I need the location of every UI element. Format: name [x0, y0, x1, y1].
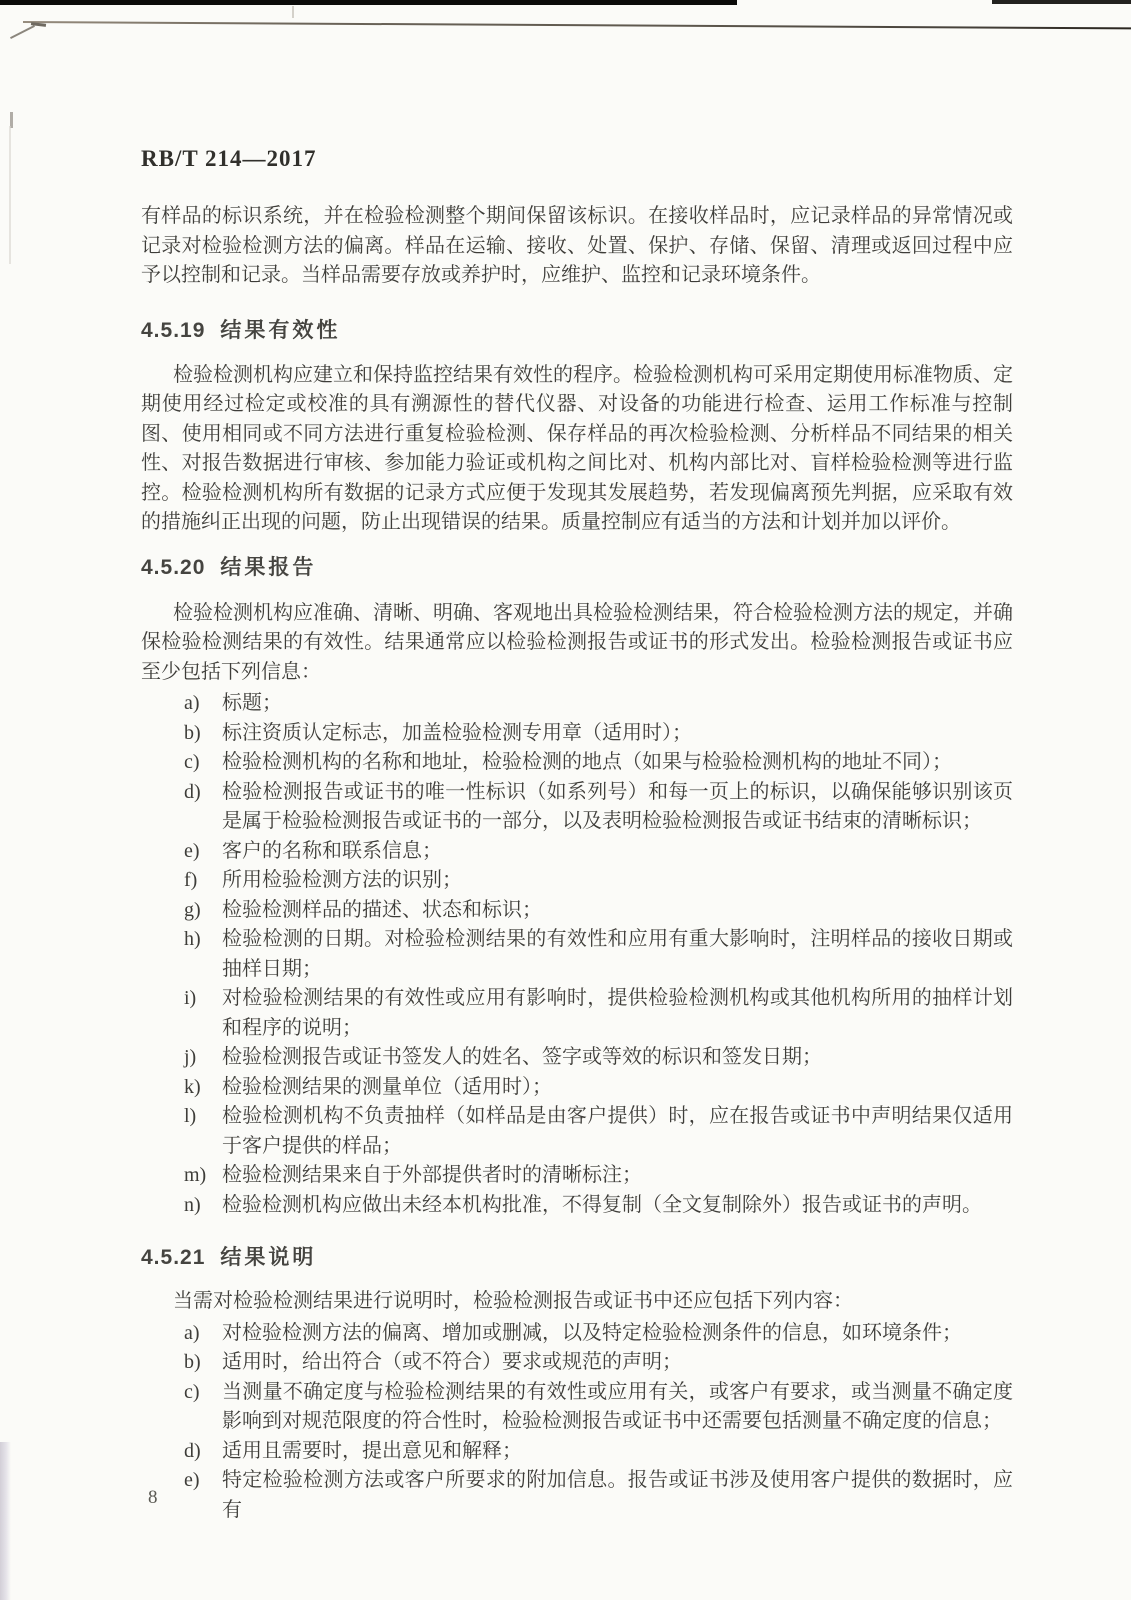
item-text: 客户的名称和联系信息；	[222, 840, 442, 862]
item-label: c)	[184, 1378, 200, 1408]
list-item: j)检验检测报告或证书签发人的姓名、签字或等效的标识和签发日期；	[141, 1043, 1013, 1073]
section-number: 4.5.21	[141, 1246, 205, 1269]
list-item: a)标题；	[141, 689, 1013, 719]
item-text: 对检验检测结果的有效性或应用有影响时，提供检验检测机构或其他机构所用的抽样计划和…	[222, 987, 1013, 1039]
page-number: 8	[148, 1487, 158, 1509]
list-item: e)客户的名称和联系信息；	[141, 837, 1013, 867]
section-title: 结果有效性	[220, 319, 340, 342]
item-label: j)	[184, 1043, 196, 1073]
section-title: 结果说明	[220, 1246, 316, 1269]
section-paragraph: 检验检测机构应建立和保持监控结果有效性的程序。检验检测机构可采用定期使用标准物质…	[141, 361, 1013, 538]
item-label: a)	[184, 1319, 200, 1349]
section-paragraph: 检验检测机构应准确、清晰、明确、客观地出具检验检测结果，符合检验检测方法的规定，…	[141, 599, 1013, 688]
list-item: g)检验检测样品的描述、状态和标识；	[141, 896, 1013, 926]
list-item: m)检验检测结果来自于外部提供者时的清晰标注；	[141, 1161, 1013, 1191]
section-number: 4.5.20	[141, 556, 205, 579]
section-paragraph: 当需对检验检测结果进行说明时，检验检测报告或证书中还应包括下列内容：	[141, 1287, 1013, 1317]
item-text: 检验检测结果的测量单位（适用时）；	[222, 1076, 552, 1098]
item-label: d)	[184, 1437, 201, 1467]
document-header: RB/T 214—2017	[141, 146, 1013, 172]
scanned-document-page: RB/T 214—2017 有样品的标识系统，并在检验检测整个期间保留该标识。在…	[0, 0, 1131, 1600]
section-heading-4520: 4.5.20结果报告	[141, 555, 1013, 581]
list-item: i)对检验检测结果的有效性或应用有影响时，提供检验检测机构或其他机构所用的抽样计…	[141, 984, 1013, 1043]
section-number: 4.5.19	[141, 319, 205, 342]
list-item: d)检验检测报告或证书的唯一性标识（如系列号）和每一页上的标识，以确保能够识别该…	[141, 778, 1013, 837]
list-item: k)检验检测结果的测量单位（适用时）；	[141, 1073, 1013, 1103]
item-text: 检验检测机构的名称和地址，检验检测的地点（如果与检验检测机构的地址不同）；	[222, 751, 952, 773]
scan-top-black-bar-right	[992, 0, 1131, 4]
item-label: c)	[184, 748, 200, 778]
list-item: b)标注资质认定标志，加盖检验检测专用章（适用时）；	[141, 719, 1013, 749]
item-label: f)	[184, 866, 197, 896]
item-text: 标题；	[222, 692, 282, 714]
item-text: 对检验检测方法的偏离、增加或删减，以及特定检验检测条件的信息，如环境条件；	[222, 1322, 962, 1344]
item-text: 检验检测报告或证书签发人的姓名、签字或等效的标识和签发日期；	[222, 1046, 822, 1068]
item-label: b)	[184, 719, 201, 749]
item-label: i)	[184, 984, 196, 1014]
item-label: a)	[184, 689, 200, 719]
continuation-paragraph: 有样品的标识系统，并在检验检测整个期间保留该标识。在接收样品时，应记录样品的异常…	[141, 202, 1013, 291]
scan-top-black-bar	[0, 0, 737, 5]
list-item: e)特定检验检测方法或客户所要求的附加信息。报告或证书涉及使用客户提供的数据时，…	[141, 1466, 1013, 1525]
item-text: 适用且需要时，提出意见和解释；	[222, 1440, 522, 1462]
item-label: d)	[184, 778, 201, 808]
item-label: k)	[184, 1073, 201, 1103]
item-text: 检验检测结果来自于外部提供者时的清晰标注；	[222, 1164, 642, 1186]
list-item: n)检验检测机构应做出未经本机构批准，不得复制（全文复制除外）报告或证书的声明。	[141, 1191, 1013, 1221]
list-item: b)适用时，给出符合（或不符合）要求或规范的声明；	[141, 1348, 1013, 1378]
list-item: a)对检验检测方法的偏离、增加或删减，以及特定检验检测条件的信息，如环境条件；	[141, 1319, 1013, 1349]
item-label: m)	[184, 1161, 206, 1191]
item-label: g)	[184, 896, 201, 926]
list-item: d)适用且需要时，提出意见和解释；	[141, 1437, 1013, 1467]
item-text: 检验检测机构应做出未经本机构批准，不得复制（全文复制除外）报告或证书的声明。	[222, 1194, 982, 1216]
item-text: 检验检测的日期。对检验检测结果的有效性和应用有重大影响时，注明样品的接收日期或抽…	[222, 928, 1013, 980]
scan-edge-faint-line	[9, 126, 11, 264]
list-item: c)检验检测机构的名称和地址，检验检测的地点（如果与检验检测机构的地址不同）；	[141, 748, 1013, 778]
item-label: e)	[184, 1466, 200, 1496]
item-text: 当测量不确定度与检验检测结果的有效性或应用有关，或客户有要求，或当测量不确定度影…	[222, 1381, 1013, 1433]
list-item: l)检验检测机构不负责抽样（如样品是由客户提供）时，应在报告或证书中声明结果仅适…	[141, 1102, 1013, 1161]
item-label: h)	[184, 925, 201, 955]
scan-fold-mark	[10, 25, 35, 39]
section-heading-4519: 4.5.19结果有效性	[141, 318, 1013, 344]
item-text: 检验检测机构不负责抽样（如样品是由客户提供）时，应在报告或证书中声明结果仅适用于…	[222, 1105, 1013, 1157]
report-info-list: a)标题； b)标注资质认定标志，加盖检验检测专用章（适用时）； c)检验检测机…	[141, 689, 1013, 1220]
item-text: 标注资质认定标志，加盖检验检测专用章（适用时）；	[222, 722, 692, 744]
document-content: RB/T 214—2017 有样品的标识系统，并在检验检测整个期间保留该标识。在…	[141, 146, 1013, 1525]
list-item: h)检验检测的日期。对检验检测结果的有效性和应用有重大影响时，注明样品的接收日期…	[141, 925, 1013, 984]
list-item: c)当测量不确定度与检验检测结果的有效性或应用有关，或客户有要求，或当测量不确定…	[141, 1378, 1013, 1437]
scan-paper-edge-line	[23, 21, 1131, 29]
item-text: 检验检测报告或证书的唯一性标识（如系列号）和每一页上的标识，以确保能够识别该页是…	[222, 781, 1013, 833]
item-label: l)	[184, 1102, 196, 1132]
item-label: n)	[184, 1191, 201, 1221]
result-note-list: a)对检验检测方法的偏离、增加或删减，以及特定检验检测条件的信息，如环境条件； …	[141, 1319, 1013, 1526]
section-title: 结果报告	[220, 556, 316, 579]
scan-speck	[292, 6, 294, 18]
item-text: 检验检测样品的描述、状态和标识；	[222, 899, 542, 921]
item-text: 适用时，给出符合（或不符合）要求或规范的声明；	[222, 1351, 682, 1373]
scan-left-edge-shadow	[0, 1442, 11, 1600]
item-text: 特定检验检测方法或客户所要求的附加信息。报告或证书涉及使用客户提供的数据时，应有	[222, 1469, 1013, 1521]
item-label: b)	[184, 1348, 201, 1378]
section-heading-4521: 4.5.21结果说明	[141, 1245, 1013, 1271]
item-text: 所用检验检测方法的识别；	[222, 869, 462, 891]
item-label: e)	[184, 837, 200, 867]
list-item: f)所用检验检测方法的识别；	[141, 866, 1013, 896]
